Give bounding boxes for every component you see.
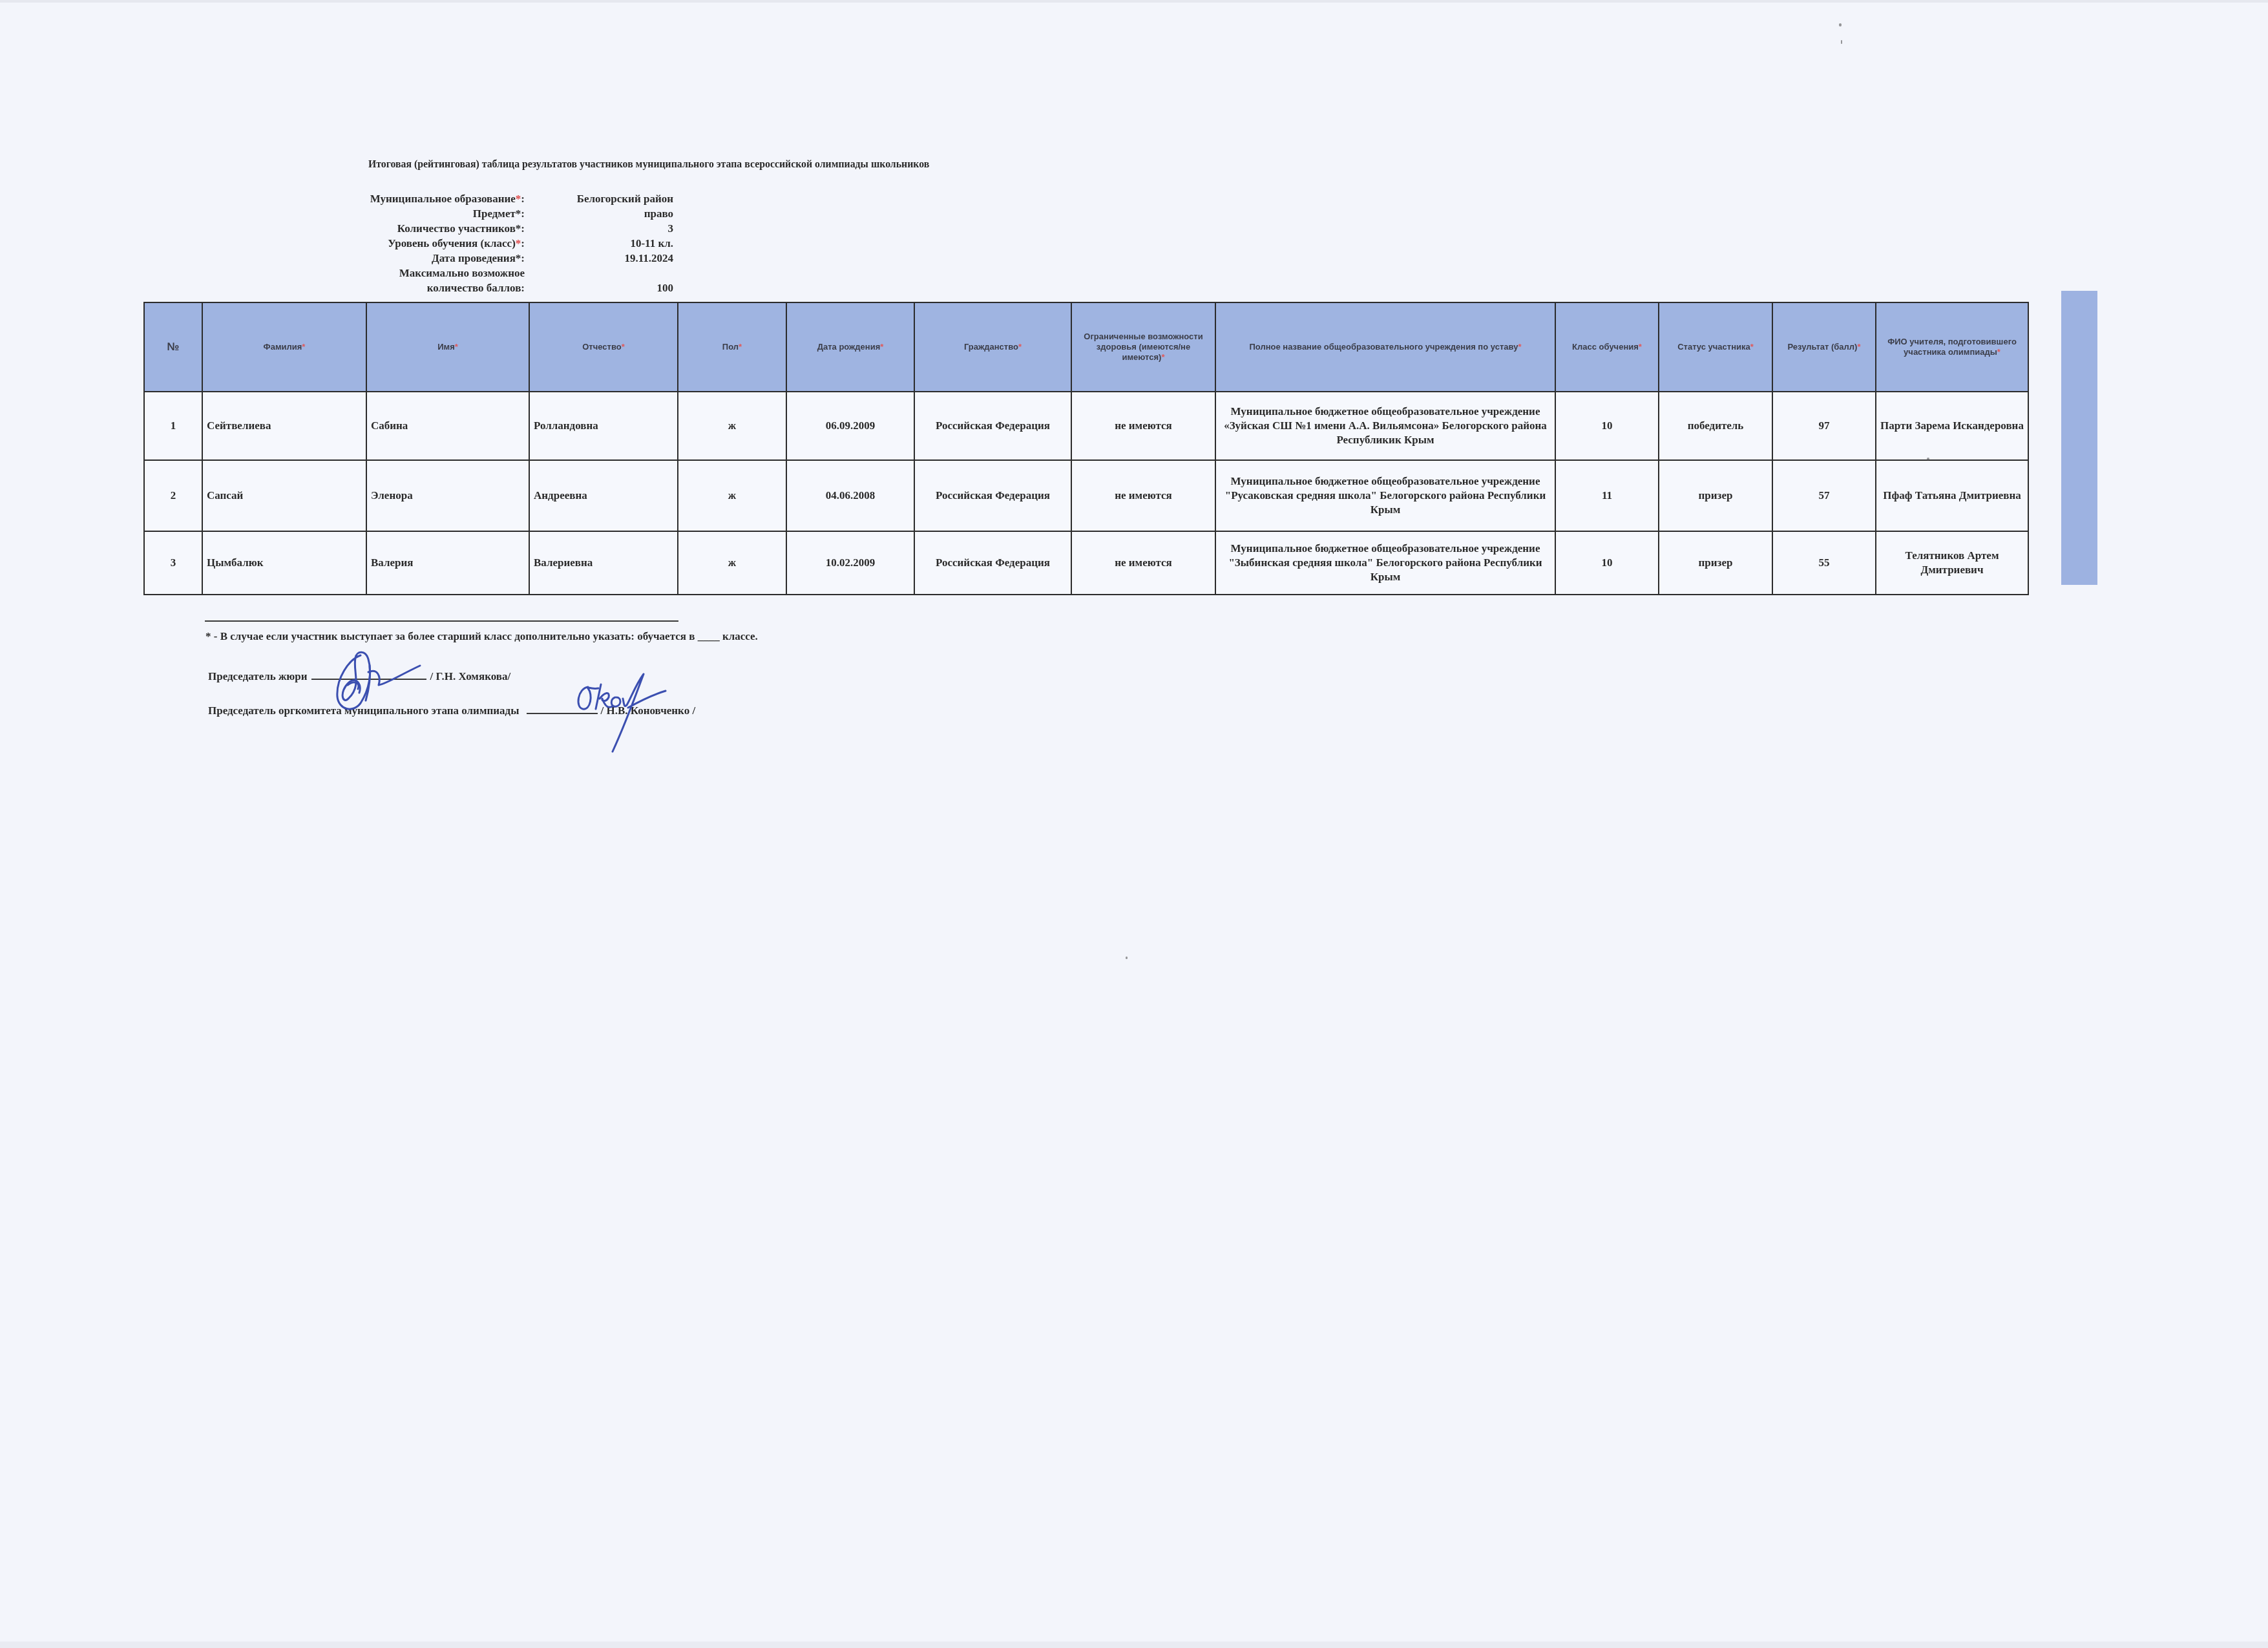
- column-header: Дата рождения*: [786, 302, 914, 392]
- column-header-label: №: [167, 341, 180, 353]
- cell-num: 2: [144, 460, 202, 531]
- meta-value: 10-11 кл.: [525, 237, 673, 250]
- results-table: №Фамилия*Имя*Отчество*Пол*Дата рождения*…: [143, 302, 2029, 595]
- column-header: №: [144, 302, 202, 392]
- cell-patronymic: Андреевна: [529, 460, 678, 531]
- column-header: Отчество*: [529, 302, 678, 392]
- cell-health-limits: не имеются: [1071, 392, 1215, 460]
- table-row: 3ЦымбалюкВалерияВалериевнаж10.02.2009Рос…: [144, 531, 2028, 595]
- required-mark: *: [1639, 342, 1642, 352]
- required-mark: *: [1018, 342, 1022, 352]
- cell-patronymic: Ролландовна: [529, 392, 678, 460]
- required-mark: *: [622, 342, 625, 352]
- meta-municipality: Муниципальное образование*: Белогорский …: [271, 191, 675, 206]
- meta-subject: Предмет*: право: [271, 206, 675, 221]
- cell-score: 55: [1772, 531, 1876, 595]
- cell-patronymic: Валериевна: [529, 531, 678, 595]
- cell-score: 97: [1772, 392, 1876, 460]
- jury-chair-label: Председатель жюри: [208, 670, 308, 682]
- column-header: ФИО учителя, подготовившего участника ол…: [1876, 302, 2028, 392]
- required-mark: *: [1997, 347, 2000, 357]
- cell-last-name: Цымбалюк: [202, 531, 366, 595]
- page-edge: [0, 1642, 2268, 1648]
- cell-first-name: Валерия: [366, 531, 529, 595]
- meta-value: 100: [525, 282, 673, 295]
- column-header-label: Гражданство: [964, 342, 1018, 352]
- document-title: Итоговая (рейтинговая) таблица результат…: [368, 158, 929, 171]
- cell-score: 57: [1772, 460, 1876, 531]
- column-header-label: Имя: [437, 342, 455, 352]
- column-header: Результат (балл)*: [1772, 302, 1876, 392]
- meta-value: Белогорский район: [525, 193, 673, 206]
- cell-sex: ж: [678, 531, 786, 595]
- cell-grade: 10: [1555, 531, 1659, 595]
- cell-status: призер: [1659, 531, 1772, 595]
- page-edge: [0, 0, 2268, 3]
- table-row: 2СапсайЭленораАндреевнаж04.06.2008Россий…: [144, 460, 2028, 531]
- column-header: Фамилия*: [202, 302, 366, 392]
- meta-label: Муниципальное образование: [370, 193, 516, 205]
- scan-artifact: [1839, 23, 1842, 26]
- scan-artifact: [1841, 40, 1842, 44]
- cell-birth-date: 04.06.2008: [786, 460, 914, 531]
- column-header-label: Результат (балл): [1788, 342, 1858, 352]
- meta-value: 3: [525, 222, 673, 235]
- cell-teacher: Пфаф Татьяна Дмитриевна: [1876, 460, 2028, 531]
- meta-label: Количество участников*:: [271, 222, 525, 235]
- required-mark: *: [455, 342, 458, 352]
- meta-label: Дата проведения*:: [271, 252, 525, 265]
- footnote-separator: [205, 620, 678, 622]
- column-header-label: Дата рождения: [817, 342, 881, 352]
- cell-num: 1: [144, 392, 202, 460]
- cell-teacher: Телятников Артем Дмитриевич: [1876, 531, 2028, 595]
- cell-grade: 11: [1555, 460, 1659, 531]
- column-header: Гражданство*: [914, 302, 1071, 392]
- column-header-label: Фамилия: [264, 342, 302, 352]
- cell-grade: 10: [1555, 392, 1659, 460]
- org-chair-signature-icon: [569, 669, 672, 756]
- footnote: * - В случае если участник выступает за …: [205, 630, 758, 643]
- meta-label: Максимально возможное: [271, 267, 525, 280]
- cell-status: победитель: [1659, 392, 1772, 460]
- cell-birth-date: 10.02.2009: [786, 531, 914, 595]
- cell-sex: ж: [678, 392, 786, 460]
- meta-label: Уровень обучения (класс): [388, 237, 516, 249]
- cell-citizenship: Российская Федерация: [914, 392, 1071, 460]
- cell-status: призер: [1659, 460, 1772, 531]
- column-header: Имя*: [366, 302, 529, 392]
- meta-block: Муниципальное образование*: Белогорский …: [271, 191, 675, 295]
- cell-citizenship: Российская Федерация: [914, 460, 1071, 531]
- column-header: Полное название общеобразовательного учр…: [1215, 302, 1555, 392]
- required-mark: *: [1857, 342, 1860, 352]
- required-mark: *: [880, 342, 883, 352]
- scan-artifact: [1126, 956, 1128, 959]
- meta-max-score-line1: Максимально возможное: [271, 266, 675, 280]
- cell-teacher: Парти Зарема Искандеровна: [1876, 392, 2028, 460]
- meta-participants-count: Количество участников*: 3: [271, 221, 675, 236]
- column-header-label: Отчество: [582, 342, 621, 352]
- cell-birth-date: 06.09.2009: [786, 392, 914, 460]
- required-mark: *: [302, 342, 305, 352]
- column-header: Ограниченные возможности здоровья (имеют…: [1071, 302, 1215, 392]
- required-mark: *: [1518, 342, 1521, 352]
- column-header-label: Полное название общеобразовательного учр…: [1250, 342, 1518, 352]
- cell-school: Муниципальное бюджетное общеобразователь…: [1215, 531, 1555, 595]
- meta-max-score: количество баллов: 100: [271, 280, 675, 295]
- side-color-bar: [2061, 291, 2097, 585]
- meta-label: количество баллов:: [271, 282, 525, 295]
- column-header: Пол*: [678, 302, 786, 392]
- meta-value: право: [525, 207, 673, 220]
- jury-chair-signature-icon: [323, 646, 452, 717]
- required-mark: *: [1161, 352, 1164, 362]
- cell-health-limits: не имеются: [1071, 531, 1215, 595]
- cell-num: 3: [144, 531, 202, 595]
- required-mark: *: [739, 342, 742, 352]
- cell-sex: ж: [678, 460, 786, 531]
- column-header-label: Пол: [722, 342, 739, 352]
- cell-last-name: Сапсай: [202, 460, 366, 531]
- column-header: Статус участника*: [1659, 302, 1772, 392]
- cell-citizenship: Российская Федерация: [914, 531, 1071, 595]
- cell-health-limits: не имеются: [1071, 460, 1215, 531]
- scan-artifact: [1927, 458, 1929, 460]
- column-header-label: Статус участника: [1677, 342, 1750, 352]
- required-mark: *: [1750, 342, 1754, 352]
- column-header-label: Класс обучения: [1572, 342, 1639, 352]
- column-header: Класс обучения*: [1555, 302, 1659, 392]
- cell-first-name: Эленора: [366, 460, 529, 531]
- cell-school: Муниципальное бюджетное общеобразователь…: [1215, 460, 1555, 531]
- meta-label: Предмет*:: [271, 207, 525, 220]
- meta-grade-level: Уровень обучения (класс)*: 10-11 кл.: [271, 236, 675, 251]
- meta-value: 19.11.2024: [525, 252, 673, 265]
- meta-date: Дата проведения*: 19.11.2024: [271, 251, 675, 266]
- table-row: 1СейтвелиеваСабинаРолландовнаж06.09.2009…: [144, 392, 2028, 460]
- table-header-row: №Фамилия*Имя*Отчество*Пол*Дата рождения*…: [144, 302, 2028, 392]
- cell-last-name: Сейтвелиева: [202, 392, 366, 460]
- column-header-label: Ограниченные возможности здоровья (имеют…: [1084, 332, 1202, 362]
- cell-school: Муниципальное бюджетное общеобразователь…: [1215, 392, 1555, 460]
- cell-first-name: Сабина: [366, 392, 529, 460]
